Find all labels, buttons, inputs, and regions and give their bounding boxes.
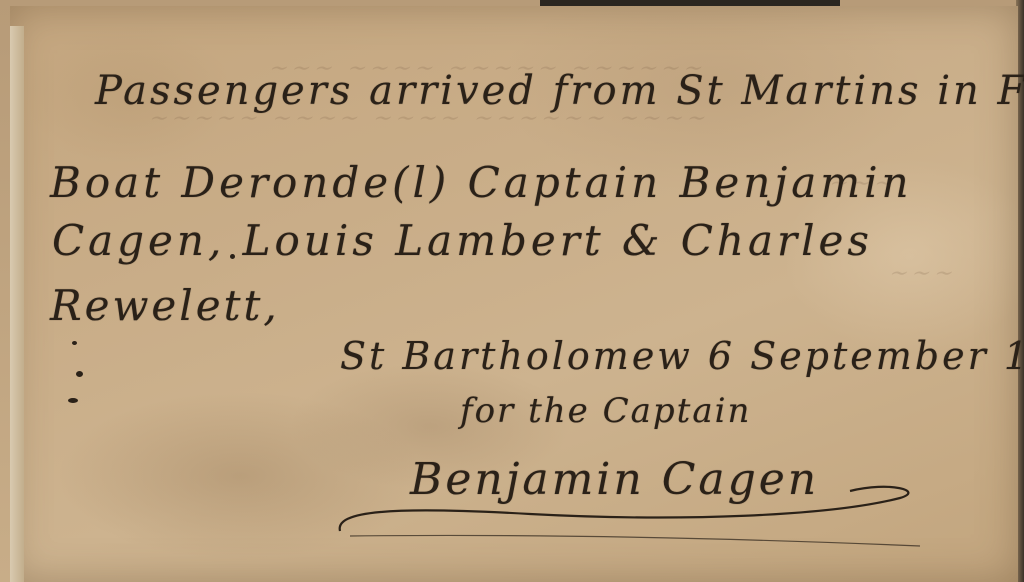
ink-blot: [72, 341, 77, 345]
handwritten-line-3: Cagen, Louis Lambert & Charles: [52, 216, 873, 265]
document-scan: ~~~ ~~~~ ~~~~~ ~~~~~~ ~~~~~ ~~~~ ~~~~ ~~…: [0, 0, 1024, 582]
signature-flourish-icon: [330, 476, 930, 576]
place-and-date-line: St Bartholomew 6 September 1857: [340, 334, 1024, 378]
handwritten-line-2: Boat Deronde(l) Captain Benjamin: [50, 158, 913, 207]
handwritten-line-4: Rewelett,: [50, 281, 280, 330]
signature-prefix: for the Captain: [460, 391, 751, 431]
bleed-through-text: ~~~: [884, 261, 963, 286]
handwritten-line-1: Passengers arrived from St Martins in Fr…: [95, 68, 1024, 114]
manuscript-page: ~~~ ~~~~ ~~~~~ ~~~~~~ ~~~~~ ~~~~ ~~~~ ~~…: [10, 6, 1018, 582]
ink-blot: [68, 398, 78, 403]
ink-blot: [76, 371, 83, 377]
ink-blot: [230, 254, 235, 259]
page-left-edge: [10, 26, 24, 582]
